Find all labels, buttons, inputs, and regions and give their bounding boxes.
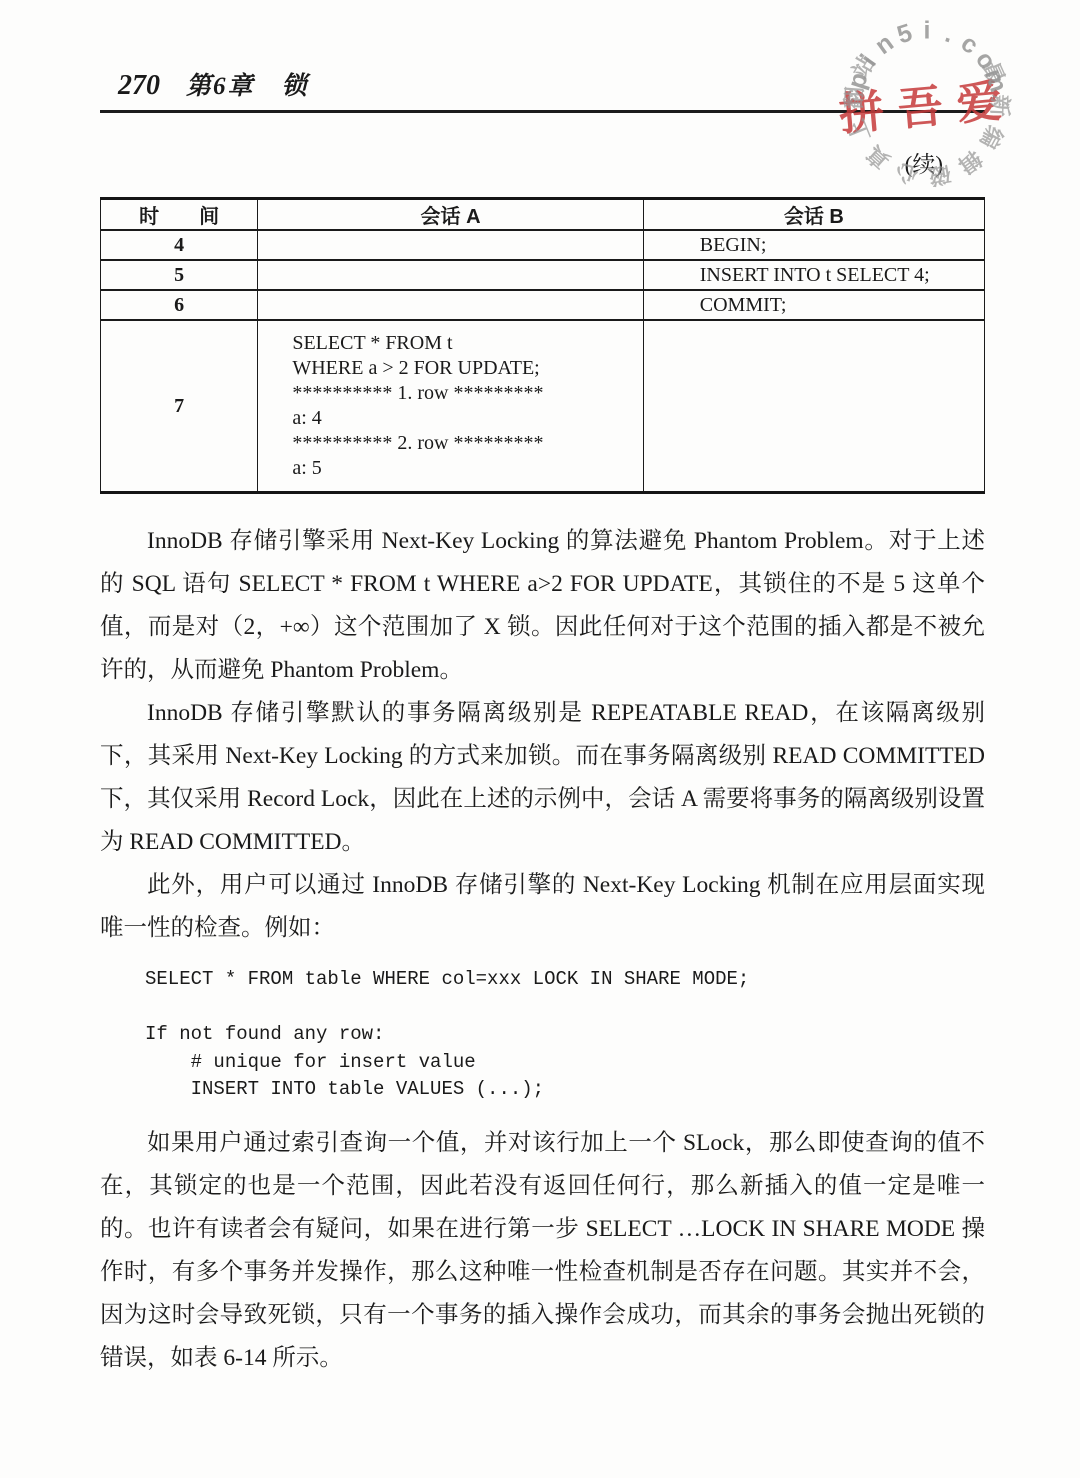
watermark-arc-char: i <box>924 17 931 46</box>
column-header-session-a: 会话 A <box>258 199 643 231</box>
paragraph-uniqueness-intro: 此外，用户可以通过 InnoDB 存储引擎的 Next-Key Locking … <box>100 864 985 950</box>
watermark-arc-char: 5 <box>894 19 916 51</box>
paragraph-deadlock-explanation: 如果用户通过索引查询一个值，并对该行加上一个 SLock，那么即使查询的值不在，… <box>100 1122 985 1380</box>
session-b-cell: BEGIN; <box>643 230 984 260</box>
session-b-cell: INSERT INTO t SELECT 4; <box>643 260 984 290</box>
column-header-time: 时 间 <box>101 199 258 231</box>
watermark-arc-char: . <box>941 20 957 50</box>
table-header-row: 时 间 会话 A 会话 B <box>101 199 985 231</box>
watermark-arc-char: c <box>955 29 983 61</box>
table-row: 7 SELECT * FROM t WHERE a > 2 FOR UPDATE… <box>101 320 985 493</box>
session-table: 时 间 会话 A 会话 B 4 BEGIN; 5 INSERT INTO t <box>100 197 985 494</box>
session-a-cell: SELECT * FROM t WHERE a > 2 FOR UPDATE; … <box>258 320 643 493</box>
time-cell: 4 <box>101 230 258 260</box>
time-cell: 7 <box>101 320 258 493</box>
column-header-session-b: 会话 B <box>643 199 984 231</box>
body-text: InnoDB 存储引擎采用 Next-Key Locking 的算法避免 Pha… <box>100 520 985 1380</box>
running-head: 270 第6章 锁 <box>100 60 985 113</box>
book-page: 拼吾爱 pin5i.com最新编辑磁心真上翻站 270 第6章 锁 (续) 时 … <box>0 0 1080 1478</box>
session-table-wrap: 时 间 会话 A 会话 B 4 BEGIN; 5 INSERT INTO t <box>100 197 985 494</box>
table-continued-label: (续) <box>905 146 943 179</box>
table-row: 6 COMMIT; <box>101 290 985 320</box>
watermark-ring-char: 新 <box>985 94 1017 117</box>
time-cell: 5 <box>101 260 258 290</box>
watermark-arc-char: n <box>870 29 899 61</box>
sql-code-block: SELECT * FROM table WHERE col=xxx LOCK I… <box>145 966 985 1104</box>
session-a-cell <box>258 230 643 260</box>
paragraph-nextkey-phantom: InnoDB 存储引擎采用 Next-Key Locking 的算法避免 Pha… <box>100 520 985 692</box>
session-a-cell <box>258 290 643 320</box>
page-number: 270 <box>118 70 160 102</box>
chapter-title: 第6章 锁 <box>186 66 309 102</box>
table-row: 4 BEGIN; <box>101 230 985 260</box>
time-cell: 6 <box>101 290 258 320</box>
page-content: 270 第6章 锁 (续) 时 间 会话 A 会话 B 4 <box>100 60 985 1380</box>
session-b-cell <box>643 320 984 493</box>
paragraph-isolation-levels: InnoDB 存储引擎默认的事务隔离级别是 REPEATABLE READ，在该… <box>100 692 985 864</box>
session-a-cell <box>258 260 643 290</box>
session-b-cell: COMMIT; <box>643 290 984 320</box>
table-row: 5 INSERT INTO t SELECT 4; <box>101 260 985 290</box>
